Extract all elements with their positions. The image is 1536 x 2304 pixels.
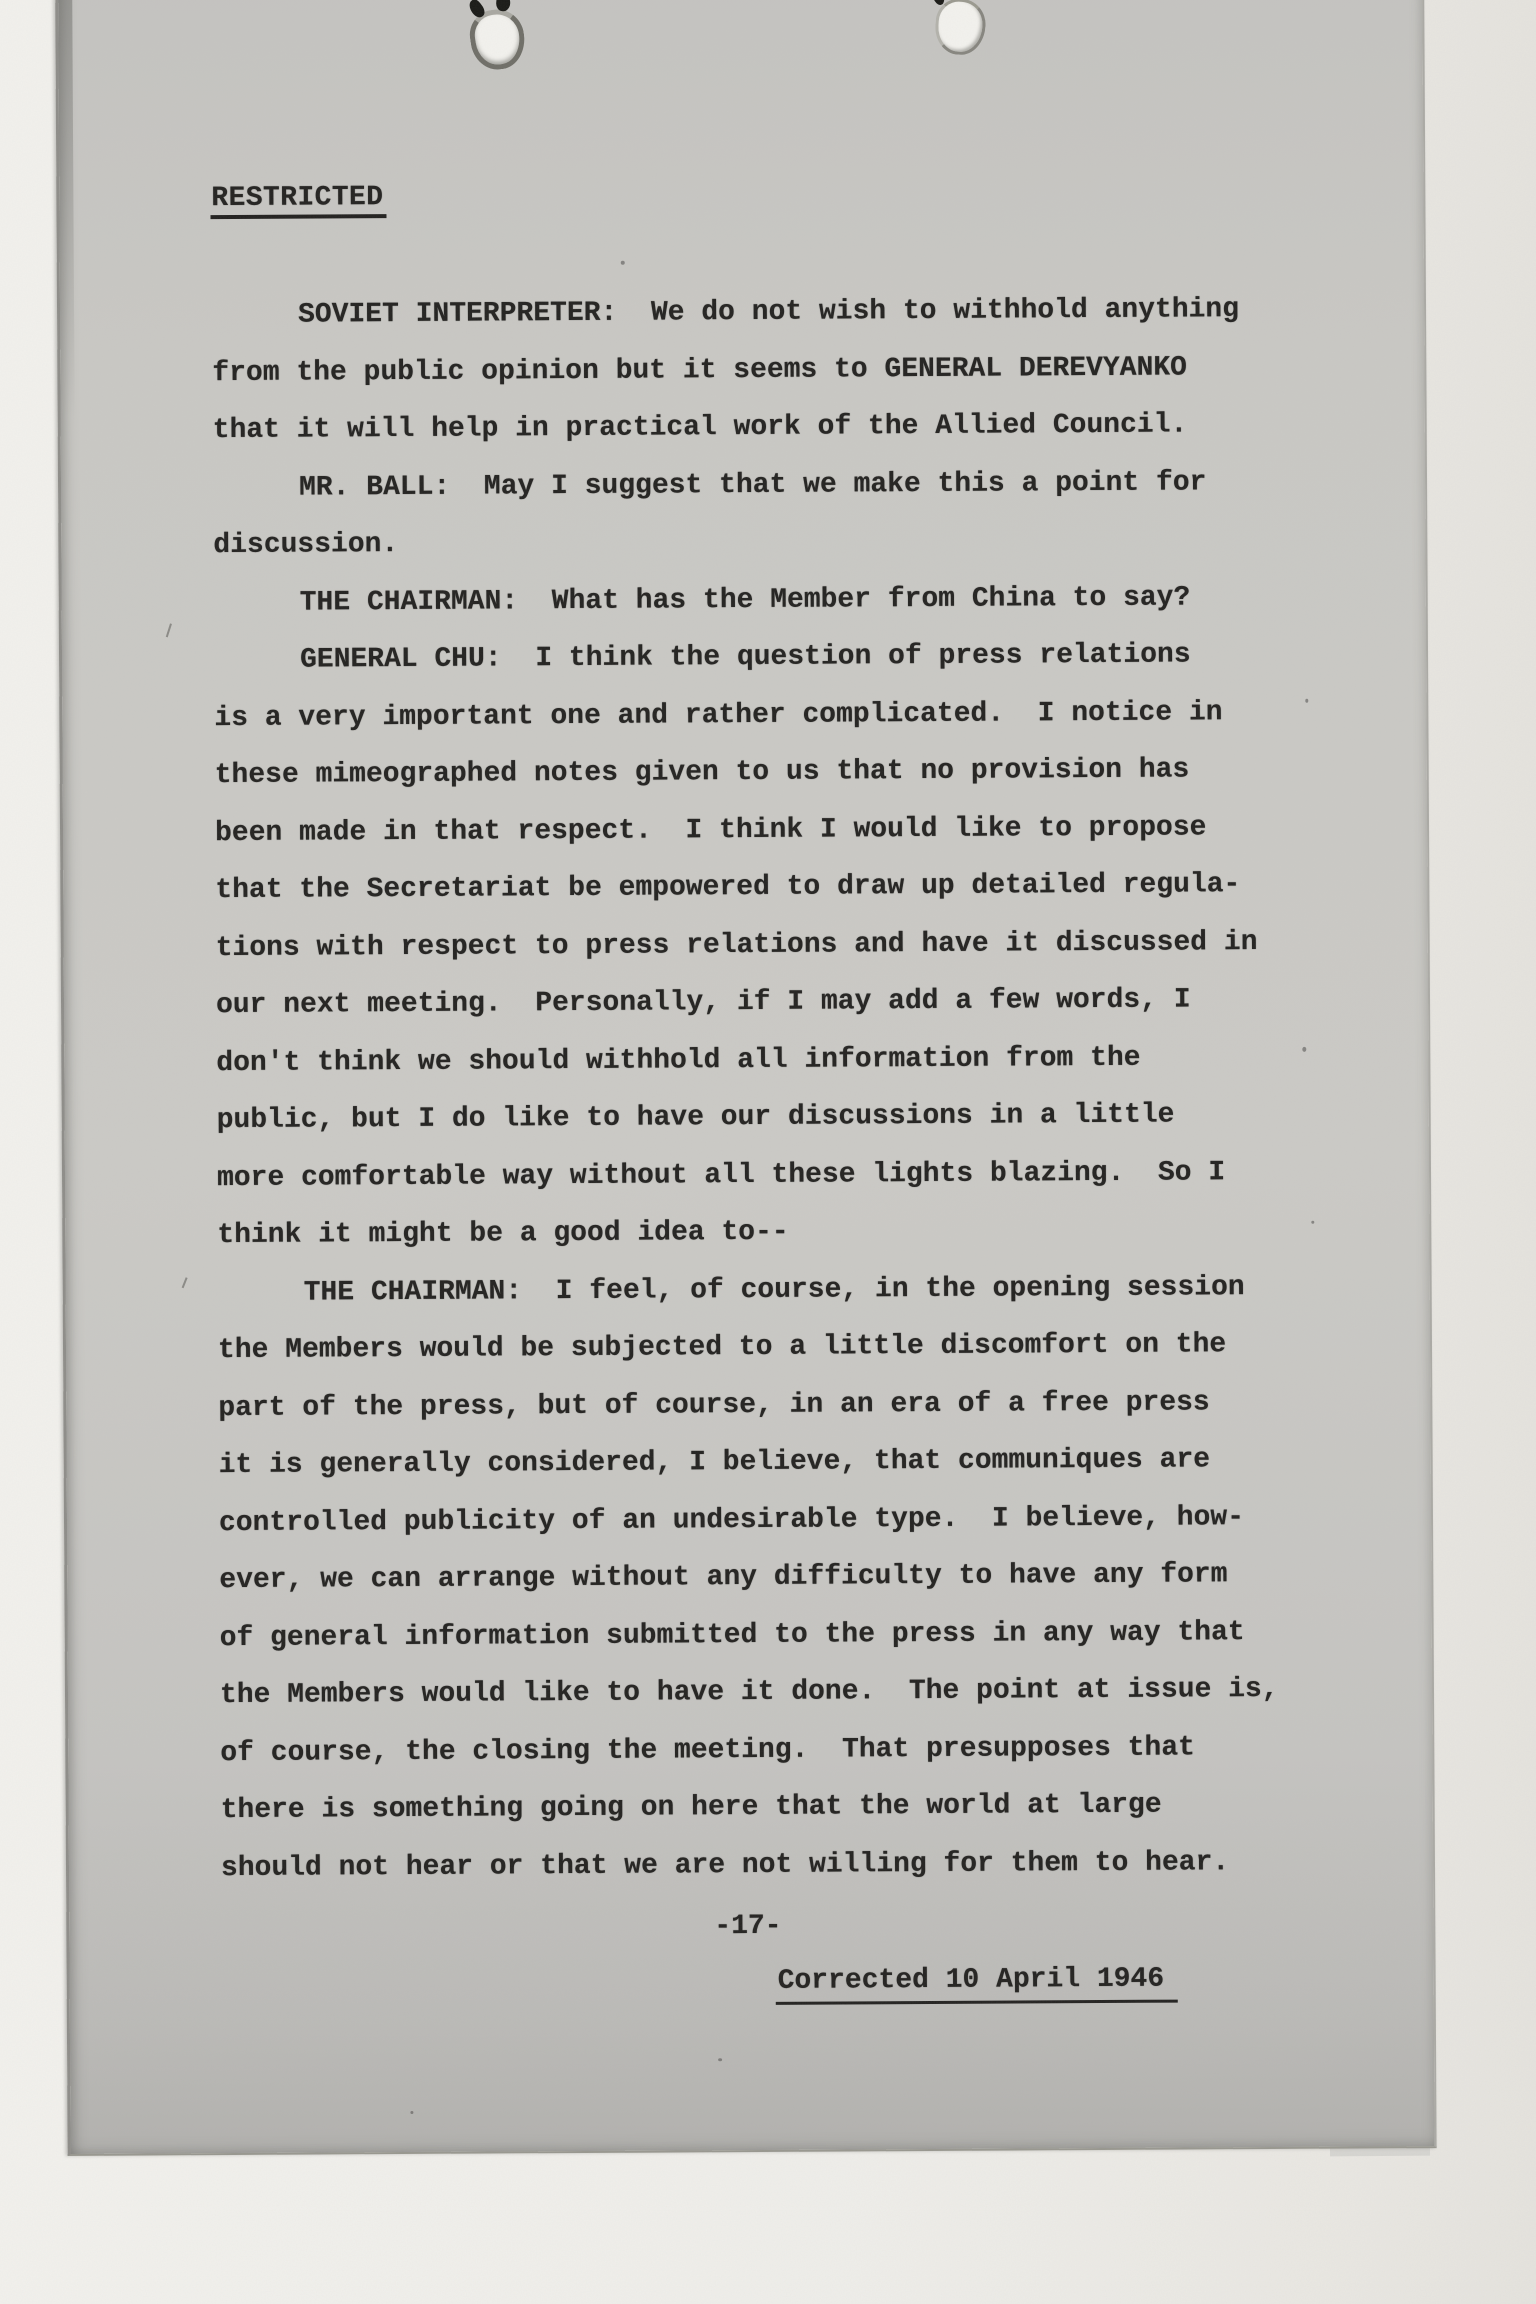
typed-line: it is generally considered, I believe, t… [219, 1431, 1349, 1495]
typed-line: THE CHAIRMAN: I feel, of course, in the … [218, 1258, 1348, 1322]
typed-line: our next meeting. Personally, if I may a… [216, 971, 1346, 1035]
ink-speck [410, 2111, 413, 2114]
typed-line: SOVIET INTERPRETER: We do not wish to wi… [212, 281, 1342, 345]
punch-hole-right [934, 0, 987, 56]
typed-line: more comfortable way without all these l… [217, 1143, 1347, 1207]
typed-line: the Members would like to have it done. … [220, 1661, 1350, 1725]
fastener-mark [495, 0, 511, 12]
punch-hole-left [466, 6, 528, 73]
typed-line: that the Secretariat be empowered to dra… [215, 856, 1345, 920]
ink-speck [718, 2058, 722, 2061]
typed-line: that it will help in practical work of t… [213, 396, 1343, 460]
typed-line: THE CHAIRMAN: What has the Member from C… [214, 568, 1344, 632]
typed-line: MR. BALL: May I suggest that we make thi… [213, 453, 1343, 517]
typed-line: GENERAL CHU: I think the question of pre… [214, 626, 1344, 690]
correction-note: Corrected 10 April 1946 [776, 1963, 1179, 2005]
typed-line: think it might be a good idea to-- [217, 1201, 1347, 1265]
ink-speck [621, 261, 625, 265]
page-edge-shadow [58, 0, 75, 418]
typed-lines: SOVIET INTERPRETER: We do not wish to wi… [212, 281, 1351, 1897]
typed-line: these mimeographed notes given to us tha… [215, 741, 1345, 805]
typed-line: the Members would be subjected to a litt… [218, 1316, 1348, 1380]
typed-line: public, but I do like to have our discus… [217, 1086, 1347, 1150]
ink-speck [1311, 1221, 1314, 1224]
typed-line: been made in that respect. I think I wou… [215, 798, 1345, 862]
typed-line: should not hear or that we are not willi… [221, 1833, 1351, 1897]
typed-line: discussion. [213, 511, 1343, 575]
document-page: RESTRICTED SOVIET INTERPRETER: We do not… [55, 0, 1437, 2156]
typed-line: tions with respect to press relations an… [216, 913, 1346, 977]
ink-speck [1305, 699, 1308, 703]
ink-speck [182, 1277, 188, 1288]
fastener-mark [466, 0, 487, 20]
page-number: -17- [714, 1910, 781, 1944]
typed-line: of general information submitted to the … [220, 1603, 1350, 1667]
ink-speck [1302, 1047, 1306, 1052]
typed-line: controlled publicity of an undesirable t… [219, 1488, 1349, 1552]
typed-line: part of the press, but of course, in an … [218, 1373, 1348, 1437]
scanned-document: RESTRICTED SOVIET INTERPRETER: We do not… [0, 0, 1536, 2304]
typed-line: don't think we should withhold all infor… [216, 1028, 1346, 1092]
classification-label: RESTRICTED [210, 182, 386, 219]
typed-line: is a very important one and rather compl… [214, 683, 1344, 747]
typed-line: there is something going on here that th… [221, 1776, 1351, 1840]
typed-line: from the public opinion but it seems to … [212, 338, 1342, 402]
typed-line: ever, we can arrange without any difficu… [219, 1546, 1349, 1610]
typed-line: of course, the closing the meeting. That… [220, 1718, 1350, 1782]
fastener-mark [929, 0, 946, 6]
ink-speck [166, 623, 172, 637]
